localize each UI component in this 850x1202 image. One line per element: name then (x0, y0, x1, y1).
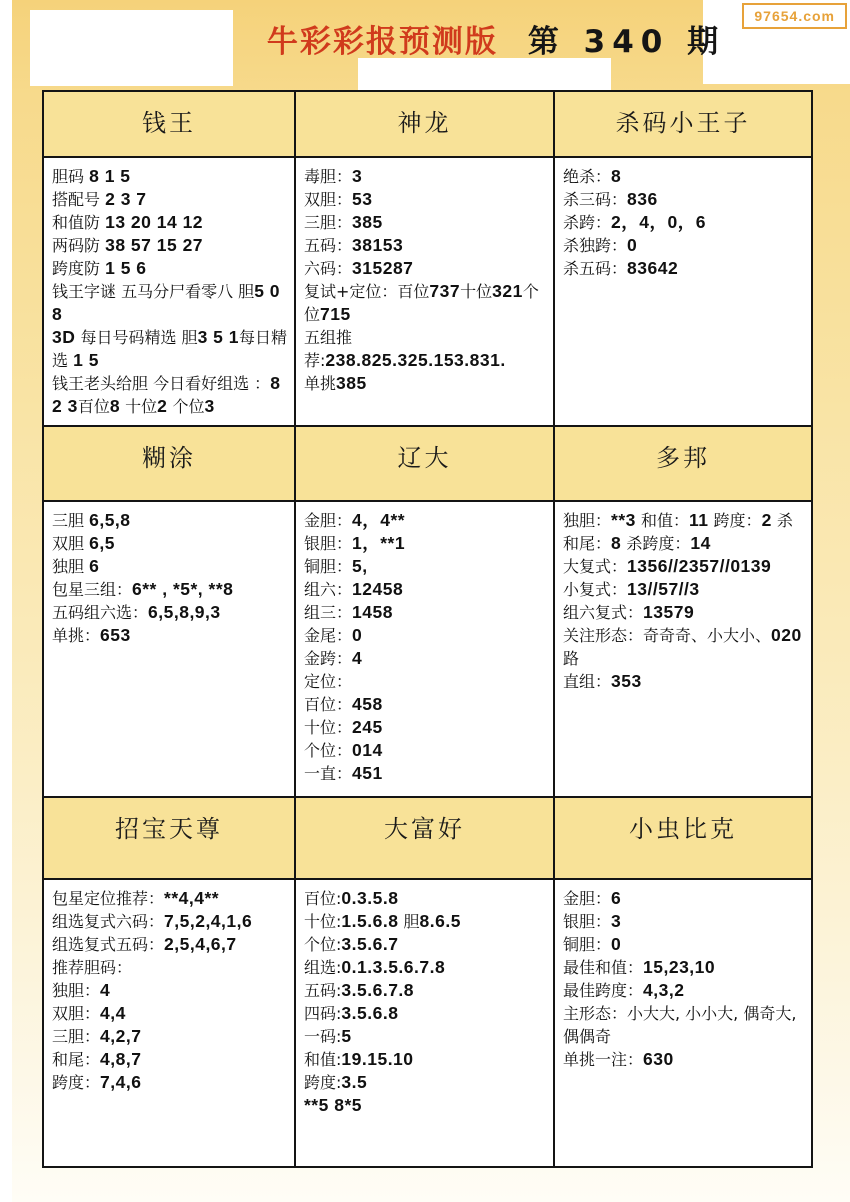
panel-line: 三胆 6,5,8 (52, 509, 290, 532)
panel-line: 杀五码：83642 (563, 257, 807, 280)
panel-line: 和值:19.15.10 (304, 1048, 549, 1071)
panel-line: 金胆：4，4** (304, 509, 549, 532)
panel-line: 杀三码：836 (563, 188, 807, 211)
panel-body-shama-xiaowangzi: 绝杀：8杀三码：836杀跨：2，4，0，6杀独跨：0杀五码：83642 (555, 158, 811, 427)
panel-line: 金尾：0 (304, 624, 549, 647)
panel-line: 组选复式六码：7,5,2,4,1,6 (52, 910, 290, 933)
lottery-prediction-sheet: 牛彩彩报预测版第 340 期 97654.com 钱王 神龙 杀码小王子 胆码 … (0, 0, 850, 1202)
panel-line: 搭配号 2 3 7 (52, 188, 290, 211)
panel-line: 百位:0.3.5.8 (304, 887, 549, 910)
panel-line: 铜胆：0 (563, 933, 807, 956)
redacted-area (358, 58, 611, 92)
panel-line: 组选复式五码：2,5,4,6,7 (52, 933, 290, 956)
panel-line: 银胆：3 (563, 910, 807, 933)
panel-line: 杀独跨：0 (563, 234, 807, 257)
panel-line: 一直：451 (304, 762, 549, 785)
panel-line: 钱王字谜 五马分尸看零八 胆5 0 8 (52, 280, 290, 326)
panel-header-qianwang: 钱王 (44, 92, 296, 158)
panel-line: 复试+定位：百位737十位321个位715 (304, 280, 549, 326)
panel-line: 铜胆：5, (304, 555, 549, 578)
panel-header-hutu: 糊涂 (44, 427, 296, 502)
panel-line: 三胆：385 (304, 211, 549, 234)
panel-line: 最佳跨度：4,3,2 (563, 979, 807, 1002)
panel-line: 单挑一注：630 (563, 1048, 807, 1071)
panel-header-duobang: 多邦 (555, 427, 811, 502)
panel-line: 包星三组：6** , *5*, **8 (52, 578, 290, 601)
panel-line: 个位:3.5.6.7 (304, 933, 549, 956)
panel-line: 包星定位推荐：**4,4** (52, 887, 290, 910)
panel-line: 和值防 13 20 14 12 (52, 211, 290, 234)
panel-line: 五码：38153 (304, 234, 549, 257)
panel-line: 跨度:3.5 (304, 1071, 549, 1094)
issue-number: 第 340 期 (528, 24, 725, 60)
panel-line: 钱王老头给胆 今日看好组选 ：8 2 3百位8 十位2 个位3 (52, 372, 290, 418)
watermark-site-badge[interactable]: 97654.com (742, 3, 847, 29)
panel-line: 六码：315287 (304, 257, 549, 280)
panel-line: 五码:3.5.6.7.8 (304, 979, 549, 1002)
panel-line: 小复式：13//57//3 (563, 578, 807, 601)
panel-header-liaoda: 辽大 (296, 427, 555, 502)
panel-line: 组六：12458 (304, 578, 549, 601)
panel-line: 四码:3.5.6.8 (304, 1002, 549, 1025)
panel-body-qianwang: 胆码 8 1 5搭配号 2 3 7和值防 13 20 14 12两码防 38 5… (44, 158, 296, 427)
panel-line: **5 8*5 (304, 1094, 549, 1117)
panel-body-hutu: 三胆 6,5,8双胆 6,5独胆 6包星三组：6** , *5*, **8五码组… (44, 502, 296, 798)
panel-line: 推荐胆码： (52, 956, 290, 979)
panel-line: 双胆 6,5 (52, 532, 290, 555)
panel-line: 组选:0.1.3.5.6.7.8 (304, 956, 549, 979)
panel-line: 独胆：4 (52, 979, 290, 1002)
panel-line: 绝杀：8 (563, 165, 807, 188)
panel-header-shama-xiaowangzi: 杀码小王子 (555, 92, 811, 158)
panel-line: 跨度：7,4,6 (52, 1071, 290, 1094)
panel-body-dafuhao: 百位:0.3.5.8十位:1.5.6.8 胆8.6.5个位:3.5.6.7组选:… (296, 880, 555, 1166)
panel-line: 双胆：4,4 (52, 1002, 290, 1025)
panel-line: 定位： (304, 670, 549, 693)
prediction-table: 钱王 神龙 杀码小王子 胆码 8 1 5搭配号 2 3 7和值防 13 20 1… (42, 90, 813, 1168)
panel-line: 主形态：小大大, 小小大, 偶奇大, 偶偶奇 (563, 1002, 807, 1048)
panel-line: 十位：245 (304, 716, 549, 739)
panel-body-zhaobao-tianzun: 包星定位推荐：**4,4**组选复式六码：7,5,2,4,1,6组选复式五码：2… (44, 880, 296, 1166)
panel-line: 两码防 38 57 15 27 (52, 234, 290, 257)
panel-line: 银胆：1，**1 (304, 532, 549, 555)
panel-line: 三胆：4,2,7 (52, 1025, 290, 1048)
panel-header-zhaobao-tianzun: 招宝天尊 (44, 798, 296, 880)
panel-line: 大复式：1356//2357//0139 (563, 555, 807, 578)
panel-line: 直组：353 (563, 670, 807, 693)
panel-body-duobang: 独胆：**3 和值：11 跨度：2 杀和尾：8 杀跨度：14大复式：1356//… (555, 502, 811, 798)
panel-line: 独胆 6 (52, 555, 290, 578)
panel-line: 杀跨：2，4，0，6 (563, 211, 807, 234)
panel-header-dafuhao: 大富好 (296, 798, 555, 880)
panel-header-shenlong: 神龙 (296, 92, 555, 158)
publication-name: 牛彩彩报预测版 (267, 24, 498, 60)
panel-line: 组三：1458 (304, 601, 549, 624)
panel-line: 十位:1.5.6.8 胆8.6.5 (304, 910, 549, 933)
left-white-strip (0, 0, 12, 1202)
panel-line: 跨度防 1 5 6 (52, 257, 290, 280)
panel-line: 毒胆：3 (304, 165, 549, 188)
panel-line: 单挑：653 (52, 624, 290, 647)
panel-line: 金跨：4 (304, 647, 549, 670)
panel-line: 五组推荐:238.825.325.153.831. (304, 326, 549, 372)
panel-line: 个位：014 (304, 739, 549, 762)
panel-line: 独胆：**3 和值：11 跨度：2 杀和尾：8 杀跨度：14 (563, 509, 807, 555)
panel-line: 单挑385 (304, 372, 549, 395)
panel-header-xiaochong-bike: 小虫比克 (555, 798, 811, 880)
panel-line: 百位：458 (304, 693, 549, 716)
panel-line: 关注形态：奇奇奇、小大小、020路 (563, 624, 807, 670)
panel-line: 双胆：53 (304, 188, 549, 211)
panel-line: 最佳和值：15,23,10 (563, 956, 807, 979)
panel-line: 胆码 8 1 5 (52, 165, 290, 188)
panel-body-liaoda: 金胆：4，4**银胆：1，**1铜胆：5,组六：12458组三：1458金尾：0… (296, 502, 555, 798)
panel-body-shenlong: 毒胆：3双胆：53三胆：385五码：38153六码：315287复试+定位：百位… (296, 158, 555, 427)
panel-line: 和尾：4,8,7 (52, 1048, 290, 1071)
panel-line: 五码组六选：6,5,8,9,3 (52, 601, 290, 624)
panel-line: 金胆：6 (563, 887, 807, 910)
panel-line: 一码:5 (304, 1025, 549, 1048)
panel-line: 3D 每日号码精选 胆3 5 1每日精选 1 5 (52, 326, 290, 372)
panel-line: 组六复式：13579 (563, 601, 807, 624)
panel-body-xiaochong-bike: 金胆：6银胆：3铜胆：0最佳和值：15,23,10最佳跨度：4,3,2主形态：小… (555, 880, 811, 1166)
